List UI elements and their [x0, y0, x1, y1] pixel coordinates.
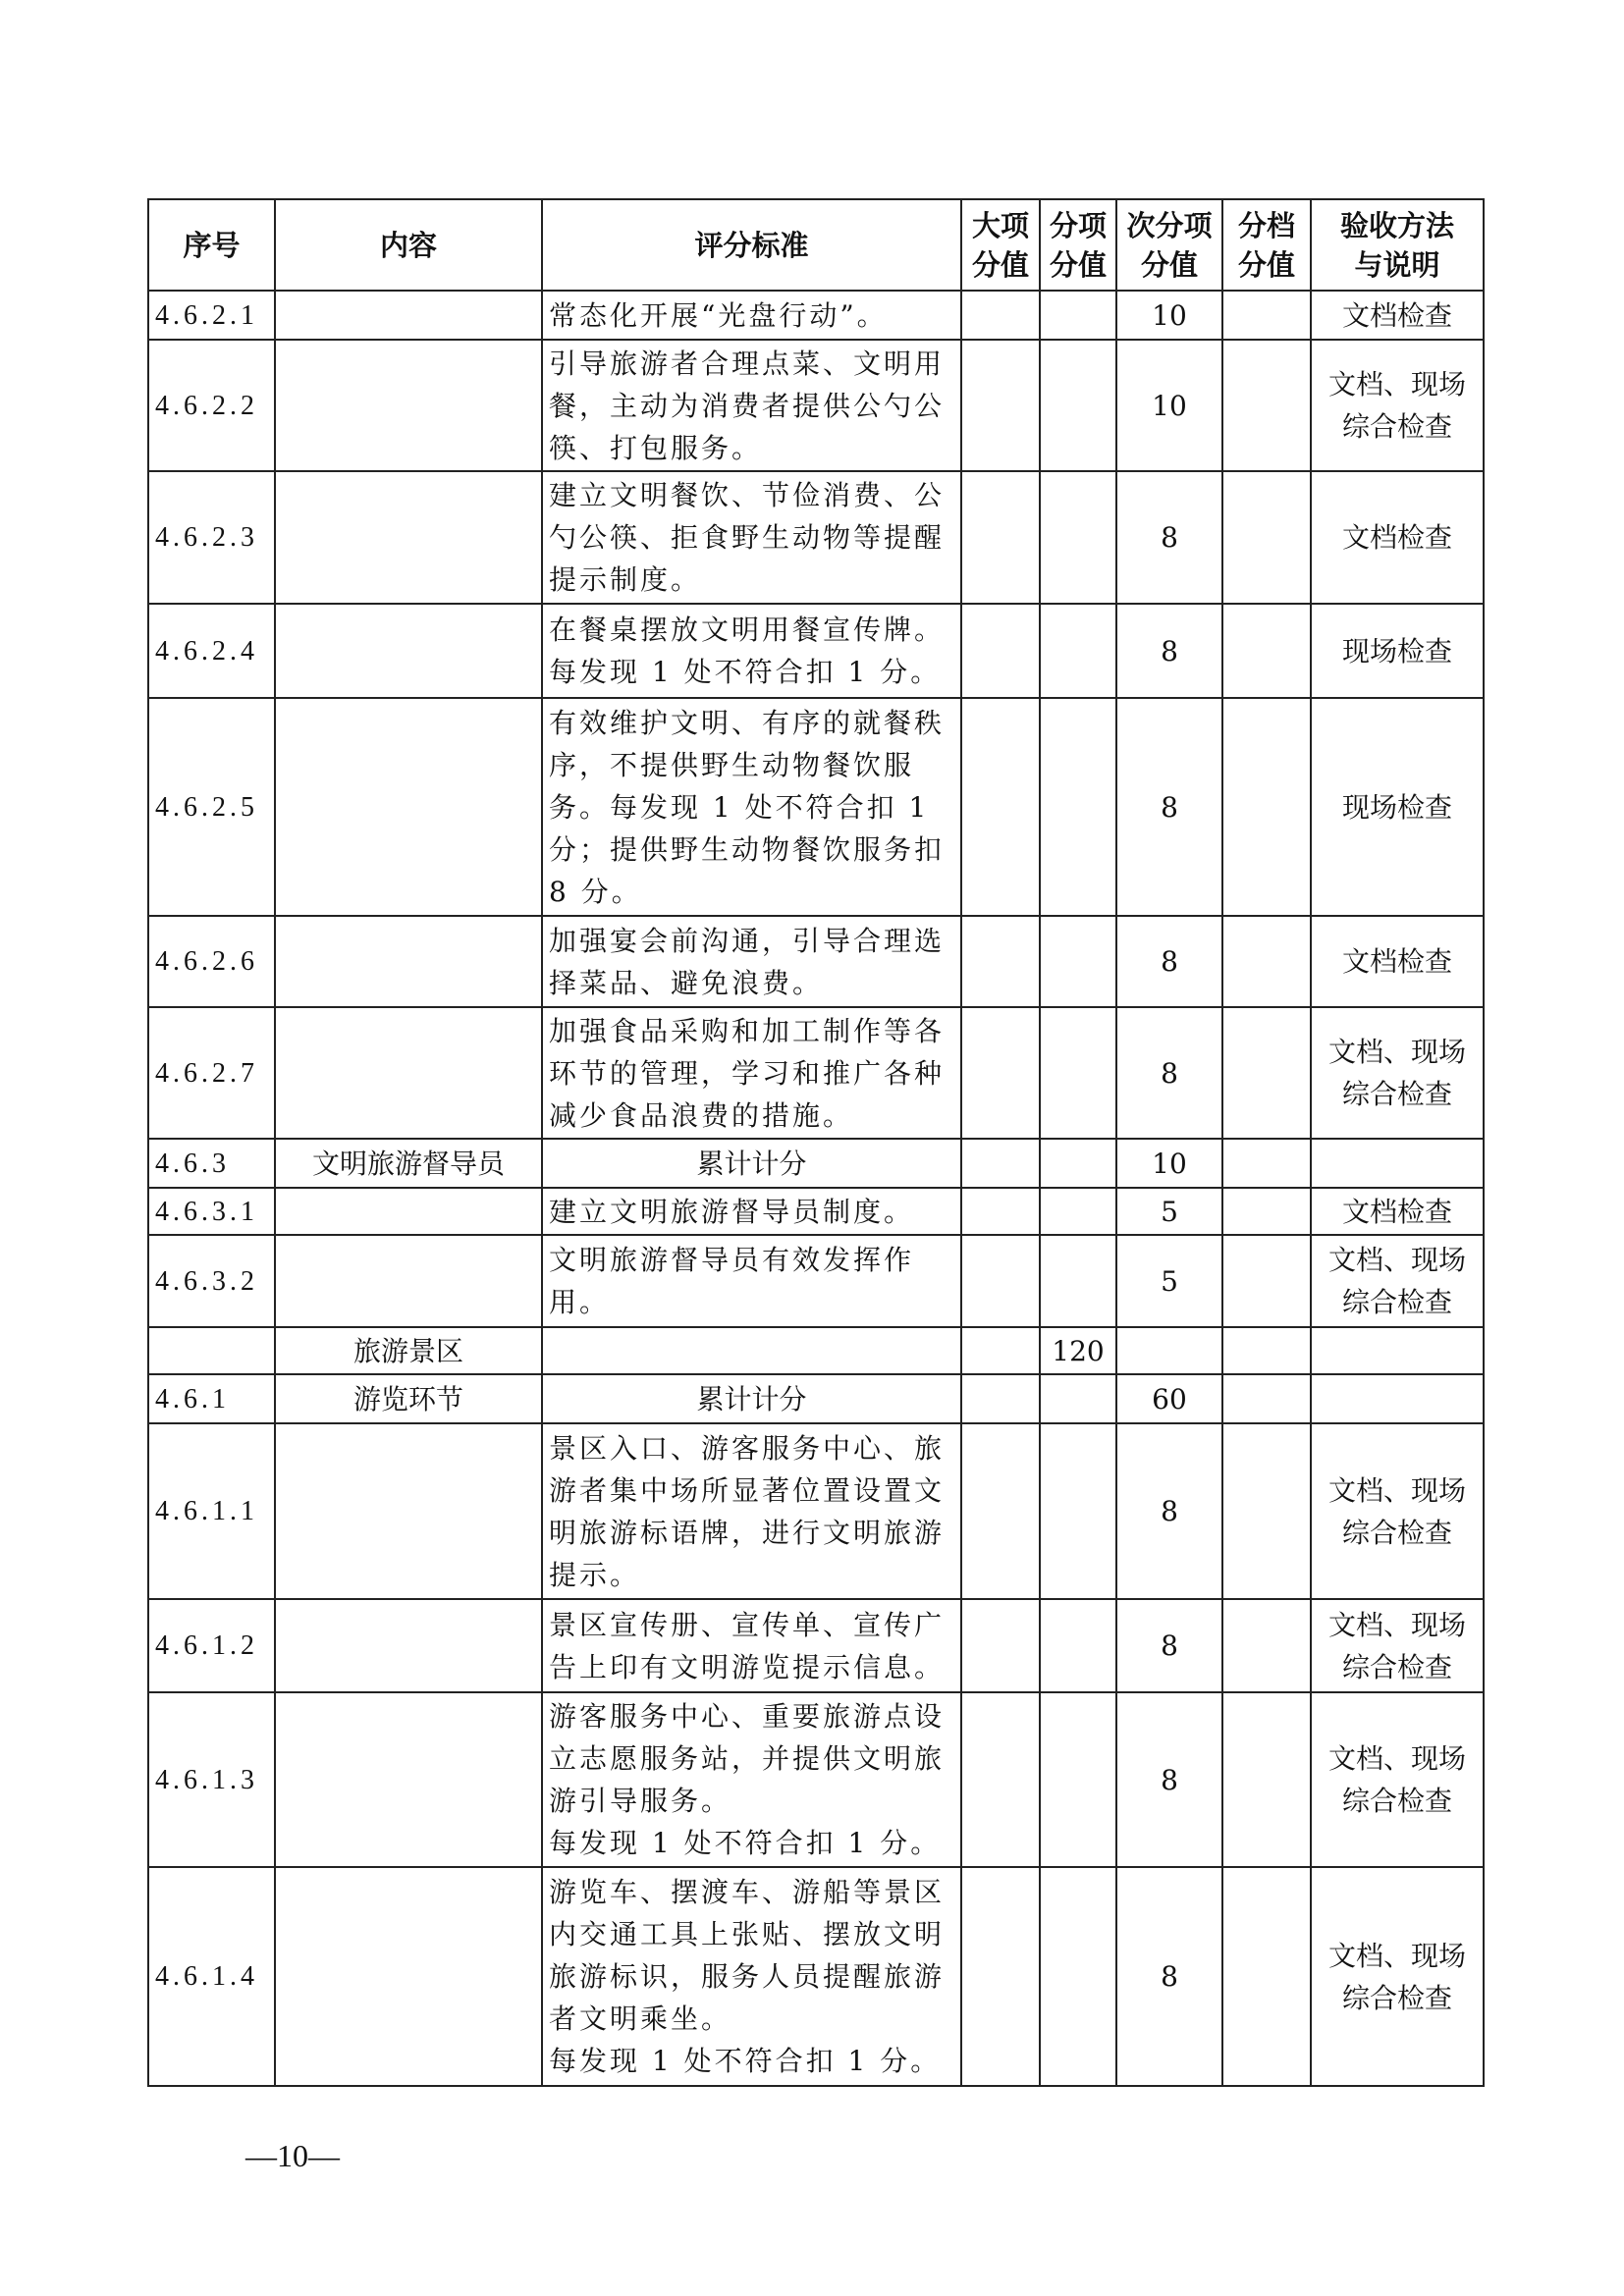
- cell-tier-score: [1222, 604, 1311, 698]
- header-tier-score: 分档分值: [1222, 199, 1311, 291]
- table-row: 4.6.3.1建立文明旅游督导员制度。5文档检查: [148, 1188, 1484, 1235]
- table-row: 4.6.1.3游客服务中心、重要旅游点设立志愿服务站，并提供文明旅游引导服务。每…: [148, 1692, 1484, 1867]
- cell-method: 文档、现场综合检查: [1311, 1599, 1484, 1692]
- cell-content: 游览环节: [275, 1374, 542, 1423]
- table-row: 4.6.3文明旅游督导员累计计分10: [148, 1139, 1484, 1188]
- cell-seq: 4.6.2.4: [148, 604, 275, 698]
- cell-content: [275, 604, 542, 698]
- cell-criteria: 文明旅游督导员有效发挥作用。: [542, 1235, 961, 1327]
- cell-tier-score: [1222, 471, 1311, 604]
- table-row: 4.6.2.7加强食品采购和加工制作等各环节的管理，学习和推广各种减少食品浪费的…: [148, 1007, 1484, 1139]
- cell-subsub-score: 8: [1116, 916, 1222, 1007]
- cell-seq: 4.6.2.1: [148, 291, 275, 340]
- cell-sub-score: [1040, 1374, 1116, 1423]
- cell-criteria: 景区入口、游客服务中心、旅游者集中场所显著位置设置文明旅游标语牌，进行文明旅游提…: [542, 1423, 961, 1599]
- header-seq: 序号: [148, 199, 275, 291]
- cell-major-score: [961, 1235, 1040, 1327]
- method-line: 综合检查: [1318, 405, 1477, 448]
- method-line: 文档、现场: [1318, 1604, 1477, 1646]
- header-method: 验收方法与说明: [1311, 199, 1484, 291]
- cell-seq: 4.6.1.1: [148, 1423, 275, 1599]
- header-sub-score: 分项分值: [1040, 199, 1116, 291]
- header-subsub-score: 次分项分值: [1116, 199, 1222, 291]
- cell-subsub-score: 8: [1116, 604, 1222, 698]
- page-number: —10—: [245, 2138, 340, 2174]
- method-line: 文档、现场: [1318, 1469, 1477, 1512]
- method-line: 文档、现场: [1318, 1935, 1477, 1977]
- table-row: 4.6.2.1常态化开展“光盘行动”。10文档检查: [148, 291, 1484, 340]
- cell-criteria: 加强宴会前沟通，引导合理选择菜品、避免浪费。: [542, 916, 961, 1007]
- method-line: 文档检查: [1318, 940, 1477, 983]
- cell-content: [275, 1867, 542, 2086]
- table-row: 4.6.2.6加强宴会前沟通，引导合理选择菜品、避免浪费。8文档检查: [148, 916, 1484, 1007]
- cell-sub-score: [1040, 1007, 1116, 1139]
- method-line: 文档检查: [1318, 516, 1477, 559]
- cell-criteria: 景区宣传册、宣传单、宣传广告上印有文明游览提示信息。: [542, 1599, 961, 1692]
- cell-criteria: 常态化开展“光盘行动”。: [542, 291, 961, 340]
- cell-subsub-score: 8: [1116, 471, 1222, 604]
- criteria-line: 累计计分: [549, 1143, 954, 1185]
- cell-tier-score: [1222, 1188, 1311, 1235]
- method-line: 综合检查: [1318, 1646, 1477, 1688]
- cell-tier-score: [1222, 1599, 1311, 1692]
- cell-seq: 4.6.2.2: [148, 340, 275, 471]
- table-row: 4.6.2.5有效维护文明、有序的就餐秩序，不提供野生动物餐饮服务。每发现 1 …: [148, 698, 1484, 916]
- cell-seq: 4.6.2.6: [148, 916, 275, 1007]
- cell-subsub-score: [1116, 1327, 1222, 1374]
- cell-seq: 4.6.3.2: [148, 1235, 275, 1327]
- method-line: 文档检查: [1318, 294, 1477, 337]
- table-row: 旅游景区120: [148, 1327, 1484, 1374]
- cell-tier-score: [1222, 1692, 1311, 1867]
- table-row: 4.6.2.2引导旅游者合理点菜、文明用餐，主动为消费者提供公勺公筷、打包服务。…: [148, 340, 1484, 471]
- cell-method: 文档、现场综合检查: [1311, 1867, 1484, 2086]
- cell-subsub-score: 10: [1116, 1139, 1222, 1188]
- cell-sub-score: 120: [1040, 1327, 1116, 1374]
- cell-content: [275, 1599, 542, 1692]
- cell-criteria: 建立文明旅游督导员制度。: [542, 1188, 961, 1235]
- cell-tier-score: [1222, 291, 1311, 340]
- method-line: 现场检查: [1318, 630, 1477, 672]
- cell-sub-score: [1040, 471, 1116, 604]
- cell-content: [275, 1423, 542, 1599]
- table-row: 4.6.1.4游览车、摆渡车、游船等景区内交通工具上张贴、摆放文明旅游标识，服务…: [148, 1867, 1484, 2086]
- criteria-line: 景区宣传册、宣传单、宣传广告上印有文明游览提示信息。: [549, 1604, 954, 1688]
- criteria-line: 引导旅游者合理点菜、文明用餐，主动为消费者提供公勺公筷、打包服务。: [549, 343, 954, 469]
- header-content: 内容: [275, 199, 542, 291]
- cell-major-score: [961, 604, 1040, 698]
- cell-tier-score: [1222, 698, 1311, 916]
- criteria-line: 游客服务中心、重要旅游点设立志愿服务站，并提供文明旅游引导服务。: [549, 1695, 954, 1822]
- cell-subsub-score: 8: [1116, 1423, 1222, 1599]
- cell-content: [275, 1692, 542, 1867]
- cell-sub-score: [1040, 1235, 1116, 1327]
- cell-criteria: 游览车、摆渡车、游船等景区内交通工具上张贴、摆放文明旅游标识，服务人员提醒旅游者…: [542, 1867, 961, 2086]
- cell-major-score: [961, 1423, 1040, 1599]
- cell-seq: 4.6.1.3: [148, 1692, 275, 1867]
- criteria-line: 游览车、摆渡车、游船等景区内交通工具上张贴、摆放文明旅游标识，服务人员提醒旅游者…: [549, 1871, 954, 2040]
- cell-tier-score: [1222, 1867, 1311, 2086]
- cell-major-score: [961, 471, 1040, 604]
- cell-subsub-score: 8: [1116, 1692, 1222, 1867]
- cell-content: [275, 1235, 542, 1327]
- cell-seq: 4.6.3: [148, 1139, 275, 1188]
- cell-tier-score: [1222, 340, 1311, 471]
- cell-method: 现场检查: [1311, 604, 1484, 698]
- cell-seq: 4.6.3.1: [148, 1188, 275, 1235]
- table-row: 4.6.2.3建立文明餐饮、节俭消费、公勺公筷、拒食野生动物等提醒提示制度。8文…: [148, 471, 1484, 604]
- criteria-line: 每发现 1 处不符合扣 1 分。: [549, 1822, 954, 1864]
- cell-criteria: [542, 1327, 961, 1374]
- table-body: 4.6.2.1常态化开展“光盘行动”。10文档检查4.6.2.2引导旅游者合理点…: [148, 291, 1484, 2086]
- cell-method: 文档检查: [1311, 1188, 1484, 1235]
- scoring-table: 序号 内容 评分标准 大项分值 分项分值 次分项分值 分档分值 验收方法与说明 …: [147, 198, 1485, 2087]
- cell-seq: 4.6.2.3: [148, 471, 275, 604]
- cell-major-score: [961, 698, 1040, 916]
- cell-method: 文档、现场综合检查: [1311, 1007, 1484, 1139]
- cell-seq: 4.6.1: [148, 1374, 275, 1423]
- cell-subsub-score: 10: [1116, 291, 1222, 340]
- cell-sub-score: [1040, 1188, 1116, 1235]
- cell-criteria: 在餐桌摆放文明用餐宣传牌。每发现 1 处不符合扣 1 分。: [542, 604, 961, 698]
- cell-method: [1311, 1374, 1484, 1423]
- cell-subsub-score: 8: [1116, 1867, 1222, 2086]
- cell-tier-score: [1222, 1423, 1311, 1599]
- cell-content: [275, 340, 542, 471]
- criteria-line: 文明旅游督导员有效发挥作用。: [549, 1239, 954, 1323]
- cell-content: 旅游景区: [275, 1327, 542, 1374]
- method-line: 综合检查: [1318, 1281, 1477, 1323]
- method-line: 现场检查: [1318, 786, 1477, 828]
- criteria-line: 建立文明旅游督导员制度。: [549, 1191, 954, 1233]
- cell-method: 文档检查: [1311, 291, 1484, 340]
- criteria-line: 每发现 1 处不符合扣 1 分。: [549, 2040, 954, 2082]
- criteria-line: 常态化开展“光盘行动”。: [549, 294, 954, 337]
- cell-sub-score: [1040, 1139, 1116, 1188]
- cell-method: 文档、现场综合检查: [1311, 1692, 1484, 1867]
- cell-major-score: [961, 291, 1040, 340]
- table-row: 4.6.1.1景区入口、游客服务中心、旅游者集中场所显著位置设置文明旅游标语牌，…: [148, 1423, 1484, 1599]
- cell-major-score: [961, 1374, 1040, 1423]
- cell-method: [1311, 1327, 1484, 1374]
- cell-method: [1311, 1139, 1484, 1188]
- cell-criteria: 建立文明餐饮、节俭消费、公勺公筷、拒食野生动物等提醒提示制度。: [542, 471, 961, 604]
- criteria-line: 每发现 1 处不符合扣 1 分。: [549, 651, 954, 693]
- cell-tier-score: [1222, 1007, 1311, 1139]
- cell-seq: 4.6.2.7: [148, 1007, 275, 1139]
- criteria-line: 加强食品采购和加工制作等各环节的管理，学习和推广各种减少食品浪费的措施。: [549, 1010, 954, 1137]
- cell-criteria: 引导旅游者合理点菜、文明用餐，主动为消费者提供公勺公筷、打包服务。: [542, 340, 961, 471]
- cell-content: 文明旅游督导员: [275, 1139, 542, 1188]
- cell-content: [275, 1188, 542, 1235]
- cell-sub-score: [1040, 916, 1116, 1007]
- cell-major-score: [961, 340, 1040, 471]
- cell-sub-score: [1040, 604, 1116, 698]
- method-line: 文档、现场: [1318, 1737, 1477, 1780]
- criteria-line: 在餐桌摆放文明用餐宣传牌。: [549, 609, 954, 651]
- cell-major-score: [961, 1139, 1040, 1188]
- cell-subsub-score: 5: [1116, 1235, 1222, 1327]
- cell-subsub-score: 5: [1116, 1188, 1222, 1235]
- table-row: 4.6.1.2景区宣传册、宣传单、宣传广告上印有文明游览提示信息。8文档、现场综…: [148, 1599, 1484, 1692]
- cell-content: [275, 698, 542, 916]
- cell-content: [275, 916, 542, 1007]
- cell-method: 文档、现场综合检查: [1311, 340, 1484, 471]
- cell-method: 文档检查: [1311, 916, 1484, 1007]
- cell-sub-score: [1040, 1599, 1116, 1692]
- cell-subsub-score: 8: [1116, 1007, 1222, 1139]
- criteria-line: 加强宴会前沟通，引导合理选择菜品、避免浪费。: [549, 920, 954, 1004]
- method-line: 文档、现场: [1318, 1031, 1477, 1073]
- cell-seq: 4.6.1.2: [148, 1599, 275, 1692]
- cell-sub-score: [1040, 1423, 1116, 1599]
- table-row: 4.6.2.4在餐桌摆放文明用餐宣传牌。每发现 1 处不符合扣 1 分。8现场检…: [148, 604, 1484, 698]
- method-line: 文档、现场: [1318, 363, 1477, 405]
- cell-content: [275, 471, 542, 604]
- cell-sub-score: [1040, 698, 1116, 916]
- table-row: 4.6.1游览环节累计计分60: [148, 1374, 1484, 1423]
- cell-tier-score: [1222, 1139, 1311, 1188]
- cell-method: 现场检查: [1311, 698, 1484, 916]
- cell-seq: [148, 1327, 275, 1374]
- cell-method: 文档检查: [1311, 471, 1484, 604]
- cell-content: [275, 291, 542, 340]
- criteria-line: 景区入口、游客服务中心、旅游者集中场所显著位置设置文明旅游标语牌，进行文明旅游提…: [549, 1427, 954, 1596]
- cell-major-score: [961, 1867, 1040, 2086]
- cell-sub-score: [1040, 1692, 1116, 1867]
- cell-seq: 4.6.1.4: [148, 1867, 275, 2086]
- cell-criteria: 累计计分: [542, 1374, 961, 1423]
- criteria-line: 累计计分: [549, 1378, 954, 1420]
- method-line: 文档、现场: [1318, 1239, 1477, 1281]
- method-line: 综合检查: [1318, 1073, 1477, 1115]
- cell-sub-score: [1040, 1867, 1116, 2086]
- method-line: 综合检查: [1318, 1512, 1477, 1554]
- method-line: 综合检查: [1318, 1780, 1477, 1822]
- cell-major-score: [961, 1007, 1040, 1139]
- cell-subsub-score: 8: [1116, 698, 1222, 916]
- header-major-score: 大项分值: [961, 199, 1040, 291]
- header-criteria: 评分标准: [542, 199, 961, 291]
- cell-major-score: [961, 1692, 1040, 1867]
- cell-subsub-score: 10: [1116, 340, 1222, 471]
- cell-tier-score: [1222, 916, 1311, 1007]
- cell-major-score: [961, 1599, 1040, 1692]
- cell-subsub-score: 60: [1116, 1374, 1222, 1423]
- cell-method: 文档、现场综合检查: [1311, 1423, 1484, 1599]
- cell-major-score: [961, 916, 1040, 1007]
- cell-tier-score: [1222, 1327, 1311, 1374]
- header-row: 序号 内容 评分标准 大项分值 分项分值 次分项分值 分档分值 验收方法与说明: [148, 199, 1484, 291]
- method-line: 文档检查: [1318, 1191, 1477, 1233]
- cell-major-score: [961, 1188, 1040, 1235]
- cell-tier-score: [1222, 1374, 1311, 1423]
- cell-method: 文档、现场综合检查: [1311, 1235, 1484, 1327]
- cell-tier-score: [1222, 1235, 1311, 1327]
- table-row: 4.6.3.2文明旅游督导员有效发挥作用。5文档、现场综合检查: [148, 1235, 1484, 1327]
- cell-criteria: 有效维护文明、有序的就餐秩序，不提供野生动物餐饮服务。每发现 1 处不符合扣 1…: [542, 698, 961, 916]
- cell-sub-score: [1040, 291, 1116, 340]
- cell-seq: 4.6.2.5: [148, 698, 275, 916]
- cell-criteria: 加强食品采购和加工制作等各环节的管理，学习和推广各种减少食品浪费的措施。: [542, 1007, 961, 1139]
- cell-major-score: [961, 1327, 1040, 1374]
- criteria-line: 有效维护文明、有序的就餐秩序，不提供野生动物餐饮服务。每发现 1 处不符合扣 1…: [549, 702, 954, 913]
- cell-subsub-score: 8: [1116, 1599, 1222, 1692]
- cell-sub-score: [1040, 340, 1116, 471]
- method-line: 综合检查: [1318, 1977, 1477, 2019]
- cell-content: [275, 1007, 542, 1139]
- cell-criteria: 累计计分: [542, 1139, 961, 1188]
- criteria-line: 建立文明餐饮、节俭消费、公勺公筷、拒食野生动物等提醒提示制度。: [549, 474, 954, 601]
- cell-criteria: 游客服务中心、重要旅游点设立志愿服务站，并提供文明旅游引导服务。每发现 1 处不…: [542, 1692, 961, 1867]
